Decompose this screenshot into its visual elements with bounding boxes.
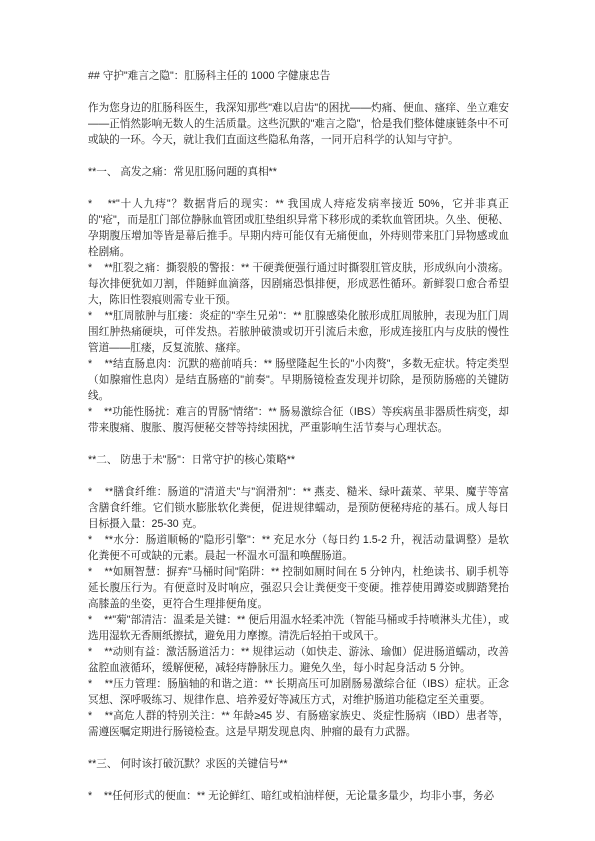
- bullet-item: * **功能性肠扰：难言的胃肠"情绪"：** 肠易激综合征（IBS）等疾病虽非器…: [88, 404, 509, 436]
- bullet-item: * **"十人九痔"？数据背后的现实：** 我国成人痔疮发病率接近 50%，它并…: [88, 196, 509, 260]
- section-2-heading: **二、 防患于未"肠"：日常守护的核心策略**: [88, 452, 509, 468]
- section-3-heading: **三、 何时该打破沉默？求医的关键信号**: [88, 756, 509, 772]
- intro-paragraph: 作为您身边的肛肠科医生，我深知那些"难以启齿"的困扰——灼痛、便血、瘙痒、坐立难…: [88, 100, 509, 148]
- bullet-item: * **肛裂之痛：撕裂般的警报：** 干硬粪便强行通过时撕裂肛管皮肤，形成纵向小…: [88, 260, 509, 308]
- bullet-item: * **膳食纤维：肠道的"清道夫"与"润滑剂"：** 燕麦、糙米、绿叶蔬菜、苹果…: [88, 484, 509, 532]
- bullet-item: * **结直肠息肉：沉默的癌前哨兵：** 肠壁隆起生长的"小肉赘"，多数无症状。…: [88, 356, 509, 404]
- bullet-item: * **"菊"部清洁：温柔是关键：** 便后用温水轻柔冲洗（智能马桶或手持喷淋头…: [88, 612, 509, 644]
- document-content: ## 守护"难言之隐"：肛肠科主任的 1000 字健康忠告 作为您身边的肛肠科医…: [88, 68, 509, 804]
- bullet-item: * **水分：肠道顺畅的"隐形引擎"：** 充足水分（每日约 1.5-2 升，视…: [88, 532, 509, 564]
- bullet-item: * **压力管理：肠脑轴的和谐之道：** 长期高压可加剧肠易激综合征（IBS）症…: [88, 676, 509, 708]
- bullet-item: * **肛周脓肿与肛瘘：炎症的"孪生兄弟"：** 肛腺感染化脓形成肛周脓肿，表现…: [88, 308, 509, 356]
- document-page: ## 守护"难言之隐"：肛肠科主任的 1000 字健康忠告 作为您身边的肛肠科医…: [0, 0, 595, 841]
- section-3-list: * **任何形式的便血：** 无论鲜红、暗红或柏油样便，无论量多量少，均非小事，…: [88, 788, 509, 804]
- bullet-item: * **如厕智慧：摒弃"马桶时间"陷阱：** 控制如厕时间在 5 分钟内，杜绝读…: [88, 564, 509, 612]
- bullet-item: * **任何形式的便血：** 无论鲜红、暗红或柏油样便，无论量多量少，均非小事，…: [88, 788, 509, 804]
- section-2-list: * **膳食纤维：肠道的"清道夫"与"润滑剂"：** 燕麦、糙米、绿叶蔬菜、苹果…: [88, 484, 509, 740]
- bullet-item: * **动则有益：激活肠道活力：** 规律运动（如快走、游泳、瑜伽）促进肠道蠕动…: [88, 644, 509, 676]
- document-title: ## 守护"难言之隐"：肛肠科主任的 1000 字健康忠告: [88, 68, 509, 84]
- bullet-item: * **高危人群的特别关注：** 年龄≥45 岁、有肠癌家族史、炎症性肠病（IB…: [88, 708, 509, 740]
- section-1-list: * **"十人九痔"？数据背后的现实：** 我国成人痔疮发病率接近 50%，它并…: [88, 196, 509, 436]
- section-1-heading: **一、 高发之痛：常见肛肠问题的真相**: [88, 164, 509, 180]
